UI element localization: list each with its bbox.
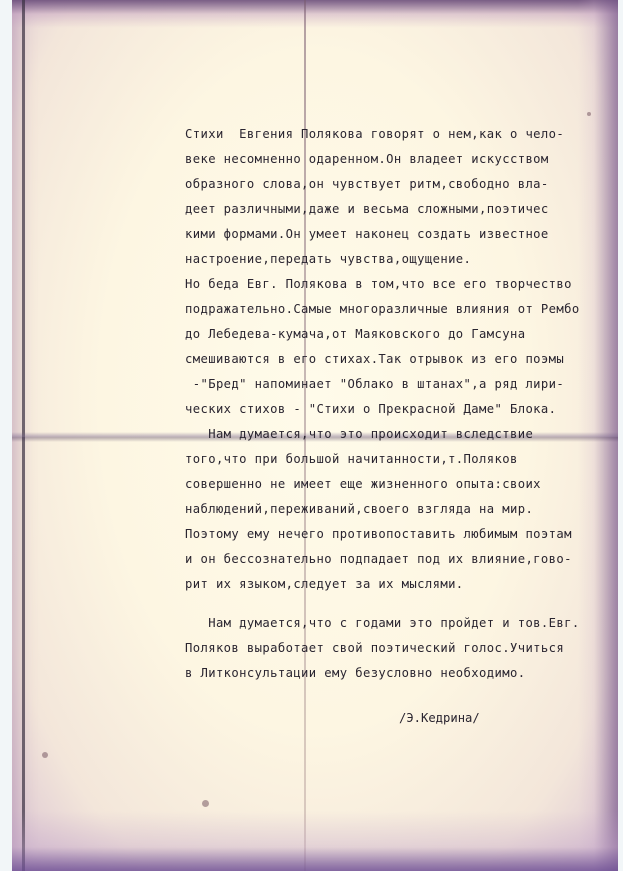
text-line: и он бессознательно подпадает под их вли… (185, 547, 618, 572)
text-line: веке несомненно одаренном.Он владеет иск… (185, 147, 618, 172)
ink-stain (42, 752, 48, 758)
text-line: наблюдений,переживаний,своего взгляда на… (185, 497, 618, 522)
text-line: того,что при большой начитанности,т.Поля… (185, 447, 618, 472)
paragraph-3: Нам думается,что это происходит вследств… (185, 422, 618, 597)
signature: /Э.Кедрина/ (399, 711, 480, 725)
text-line: образного слова,он чувствует ритм,свобод… (185, 172, 618, 197)
text-line: деет различными,даже и весьма сложными,п… (185, 197, 618, 222)
paragraph-1: Стихи Евгения Полякова говорят о нем,как… (185, 122, 618, 272)
text-line: подражательно.Самые многоразличные влиян… (185, 297, 618, 322)
text-line: Поляков выработает свой поэтический голо… (185, 636, 618, 661)
text-line: кими формами.Он умеет наконец создать из… (185, 222, 618, 247)
text-line: Но беда Евг. Полякова в том,что все его … (185, 272, 618, 297)
text-line: -"Бред" напоминает "Облако в штанах",а р… (185, 372, 618, 397)
letter-body: Стихи Евгения Полякова говорят о нем,как… (185, 122, 618, 686)
ink-stain (587, 112, 591, 116)
text-line: совершенно не имеет еще жизненного опыта… (185, 472, 618, 497)
text-line: до Лебедева-кумача,от Маяковского до Гам… (185, 322, 618, 347)
text-line: настроение,передать чувства,ощущение. (185, 247, 618, 272)
paragraph-gap (185, 597, 618, 611)
text-line: Нам думается,что это происходит вследств… (185, 422, 618, 447)
text-line: в Литконсультации ему безусловно необход… (185, 661, 618, 686)
ink-stain (202, 800, 209, 807)
text-line: Стихи Евгения Полякова говорят о нем,как… (185, 122, 618, 147)
text-line: Нам думается,что с годами это пройдет и … (185, 611, 618, 636)
text-line: рит их языком,следует за их мыслями. (185, 572, 618, 597)
paragraph-2: Но беда Евг. Полякова в том,что все его … (185, 272, 618, 422)
typewritten-page: Стихи Евгения Полякова говорят о нем,как… (12, 0, 618, 871)
paragraph-4: Нам думается,что с годами это пройдет и … (185, 611, 618, 686)
text-line: Поэтому ему нечего противопоставить люби… (185, 522, 618, 547)
text-line: смешиваются в его стихах.Так отрывок из … (185, 347, 618, 372)
text-line: ческих стихов - "Стихи о Прекрасной Даме… (185, 397, 618, 422)
